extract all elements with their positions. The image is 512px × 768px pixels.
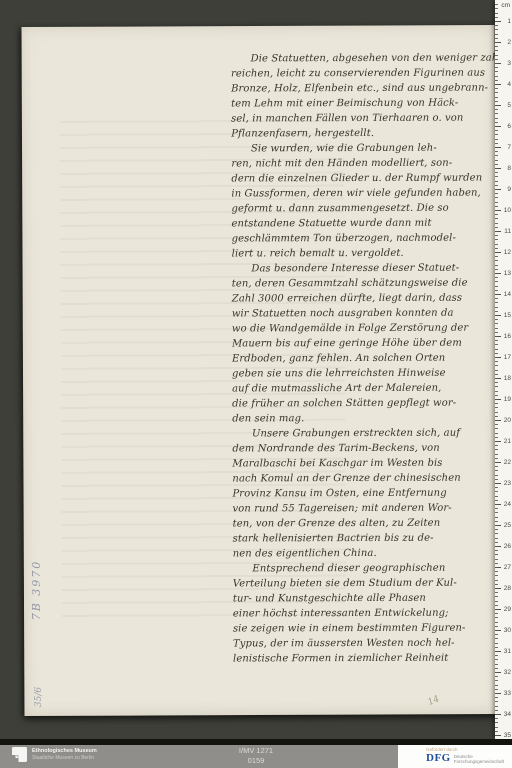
- ruler-number: 7: [507, 144, 511, 151]
- margin-note-number: 35/6: [34, 679, 46, 715]
- ruler-number: 35: [504, 732, 511, 739]
- ruler-number: 8: [507, 165, 511, 172]
- ruler-number: 30: [504, 627, 511, 634]
- handwritten-text: Die Statuetten, abgesehen von den wenige…: [231, 51, 495, 667]
- ruler-number: 3: [507, 60, 511, 67]
- ruler-number: 18: [504, 375, 511, 382]
- ruler-number: 17: [504, 354, 511, 361]
- ruler: cm 1234567891011121314151617181920212223…: [495, 0, 512, 739]
- ruler-number: 25: [504, 522, 511, 529]
- ruler-number: 2: [507, 39, 511, 46]
- ruler-number: 31: [504, 648, 511, 655]
- ruler-number: 28: [504, 585, 511, 592]
- ruler-number: 1: [507, 18, 511, 25]
- dfg-logo: DFG: [426, 753, 451, 764]
- dfg-name: Deutsche Forschungsgemeinschaft: [454, 754, 504, 764]
- ruler-number: 15: [504, 312, 511, 319]
- dfg-funding-box: Gefördert durch DFG Deutsche Forschungsg…: [398, 745, 512, 768]
- ruler-number: 34: [504, 711, 511, 718]
- ruler-number: 10: [504, 207, 511, 214]
- scan-viewer: Die Statuetten, abgesehen von den wenige…: [0, 0, 512, 768]
- margin-note-inventory: 7B 3970: [30, 555, 44, 625]
- ruler-number: 5: [507, 102, 511, 109]
- ruler-number: 19: [504, 396, 511, 403]
- ruler-number: 29: [504, 606, 511, 613]
- ruler-number: 9: [507, 186, 511, 193]
- ruler-number: 16: [504, 333, 511, 340]
- ruler-number: 20: [504, 417, 511, 424]
- ruler-number: 27: [504, 564, 511, 571]
- ruler-number: 6: [507, 123, 511, 130]
- ruler-number: 21: [504, 438, 511, 445]
- ruler-number: 13: [504, 270, 511, 277]
- ruler-number: 23: [504, 480, 511, 487]
- ruler-number: 12: [504, 249, 511, 256]
- ruler-number: 33: [504, 690, 511, 697]
- ruler-number: 32: [504, 669, 511, 676]
- ruler-number: 26: [504, 543, 511, 550]
- ruler-number: 4: [507, 81, 511, 88]
- ruler-number: 14: [504, 291, 511, 298]
- footer-bar: Ethnologisches Museum Staatliche Museen …: [0, 739, 512, 768]
- ruler-number: 22: [504, 459, 511, 466]
- ruler-unit-label: cm: [501, 2, 510, 9]
- ruler-number: 24: [504, 501, 511, 508]
- ruler-number: 11: [504, 228, 511, 235]
